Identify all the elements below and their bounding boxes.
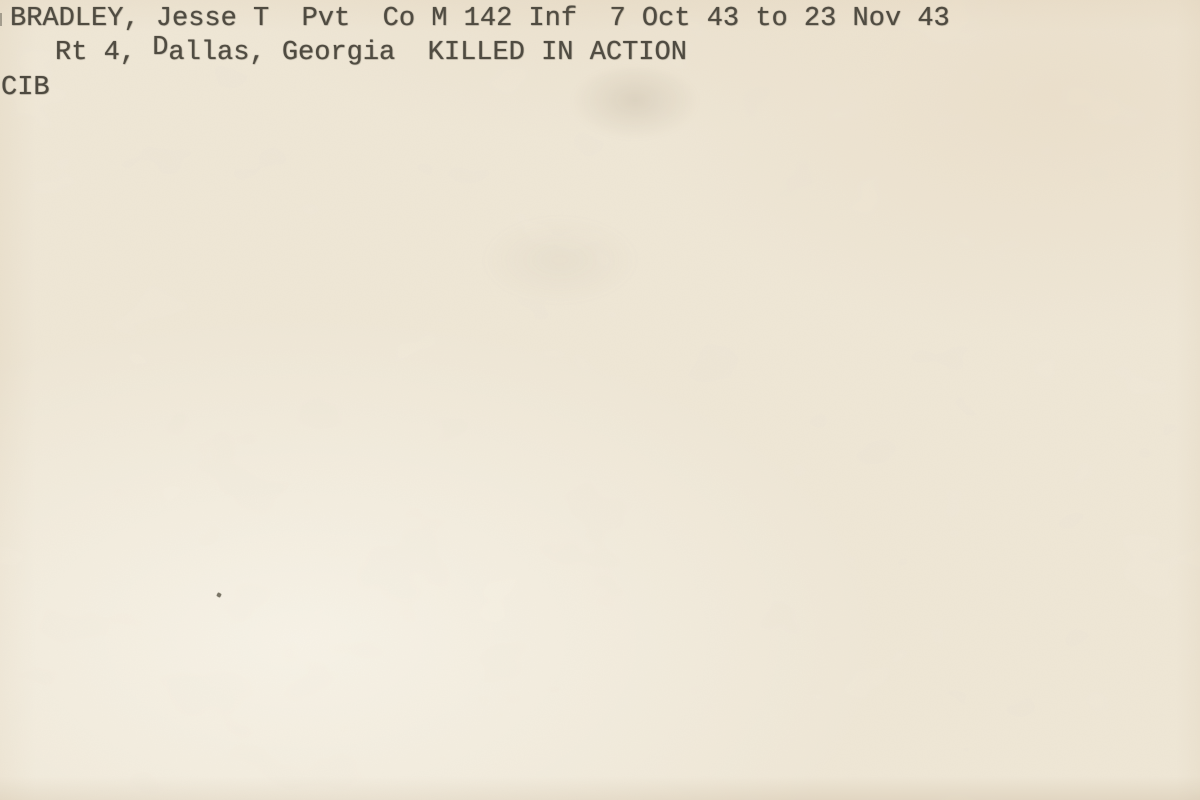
paper-stain (480, 215, 640, 305)
address-status-line: Rt 4, Dallas, Georgia KILLED IN ACTION (55, 39, 687, 67)
address-suffix: allas, Georgia KILLED IN ACTION (168, 38, 686, 68)
service-record-line: BRADLEY, Jesse T Pvt Co M 142 Inf 7 Oct … (10, 5, 950, 33)
raised-letter: D (152, 34, 168, 62)
ink-speck (216, 592, 221, 597)
index-card: BRADLEY, Jesse T Pvt Co M 142 Inf 7 Oct … (0, 0, 1200, 800)
award-abbreviation-line: CIB (1, 74, 50, 102)
ink-smudge (570, 68, 700, 140)
address-prefix: Rt 4, (55, 38, 152, 68)
cut-off-character-mark (0, 13, 2, 26)
